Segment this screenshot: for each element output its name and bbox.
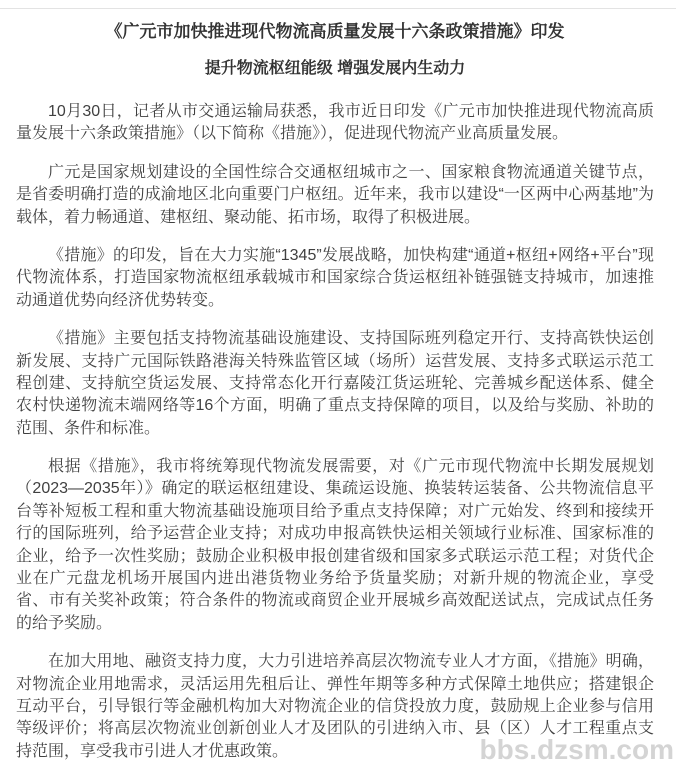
article-paragraph: 根据《措施》，我市将统筹现代物流发展需要，对《广元市现代物流中长期发展规划（20…	[16, 456, 654, 635]
site-watermark: bbs.dzsm.com	[480, 736, 674, 764]
article-title: 《广元市加快推进现代物流高质量发展十六条政策措施》印发	[16, 20, 654, 44]
article-paragraph: 10月30日，记者从市交通运输局获悉，我市近日印发《广元市加快推进现代物流高质量…	[16, 101, 654, 146]
article-paragraph: 《措施》主要包括支持物流基础设施建设、支持国际班列稳定开行、支持高铁快运创新发展…	[16, 328, 654, 440]
article-page: 《广元市加快推进现代物流高质量发展十六条政策措施》印发 提升物流枢纽能级 增强发…	[0, 0, 676, 764]
article-subtitle: 提升物流枢纽能级 增强发展内生动力	[16, 57, 654, 81]
article: 《广元市加快推进现代物流高质量发展十六条政策措施》印发 提升物流枢纽能级 增强发…	[0, 20, 676, 763]
article-body: 10月30日，记者从市交通运输局获悉，我市近日印发《广元市加快推进现代物流高质量…	[16, 101, 654, 763]
top-divider	[0, 8, 676, 9]
article-paragraph: 广元是国家规划建设的全国性综合交通枢纽城市之一、国家粮食物流通道关键节点，是省委…	[16, 162, 654, 229]
article-paragraph: 《措施》的印发，旨在大力实施“1345”发展战略，加快构建“通道+枢纽+网络+平…	[16, 245, 654, 312]
